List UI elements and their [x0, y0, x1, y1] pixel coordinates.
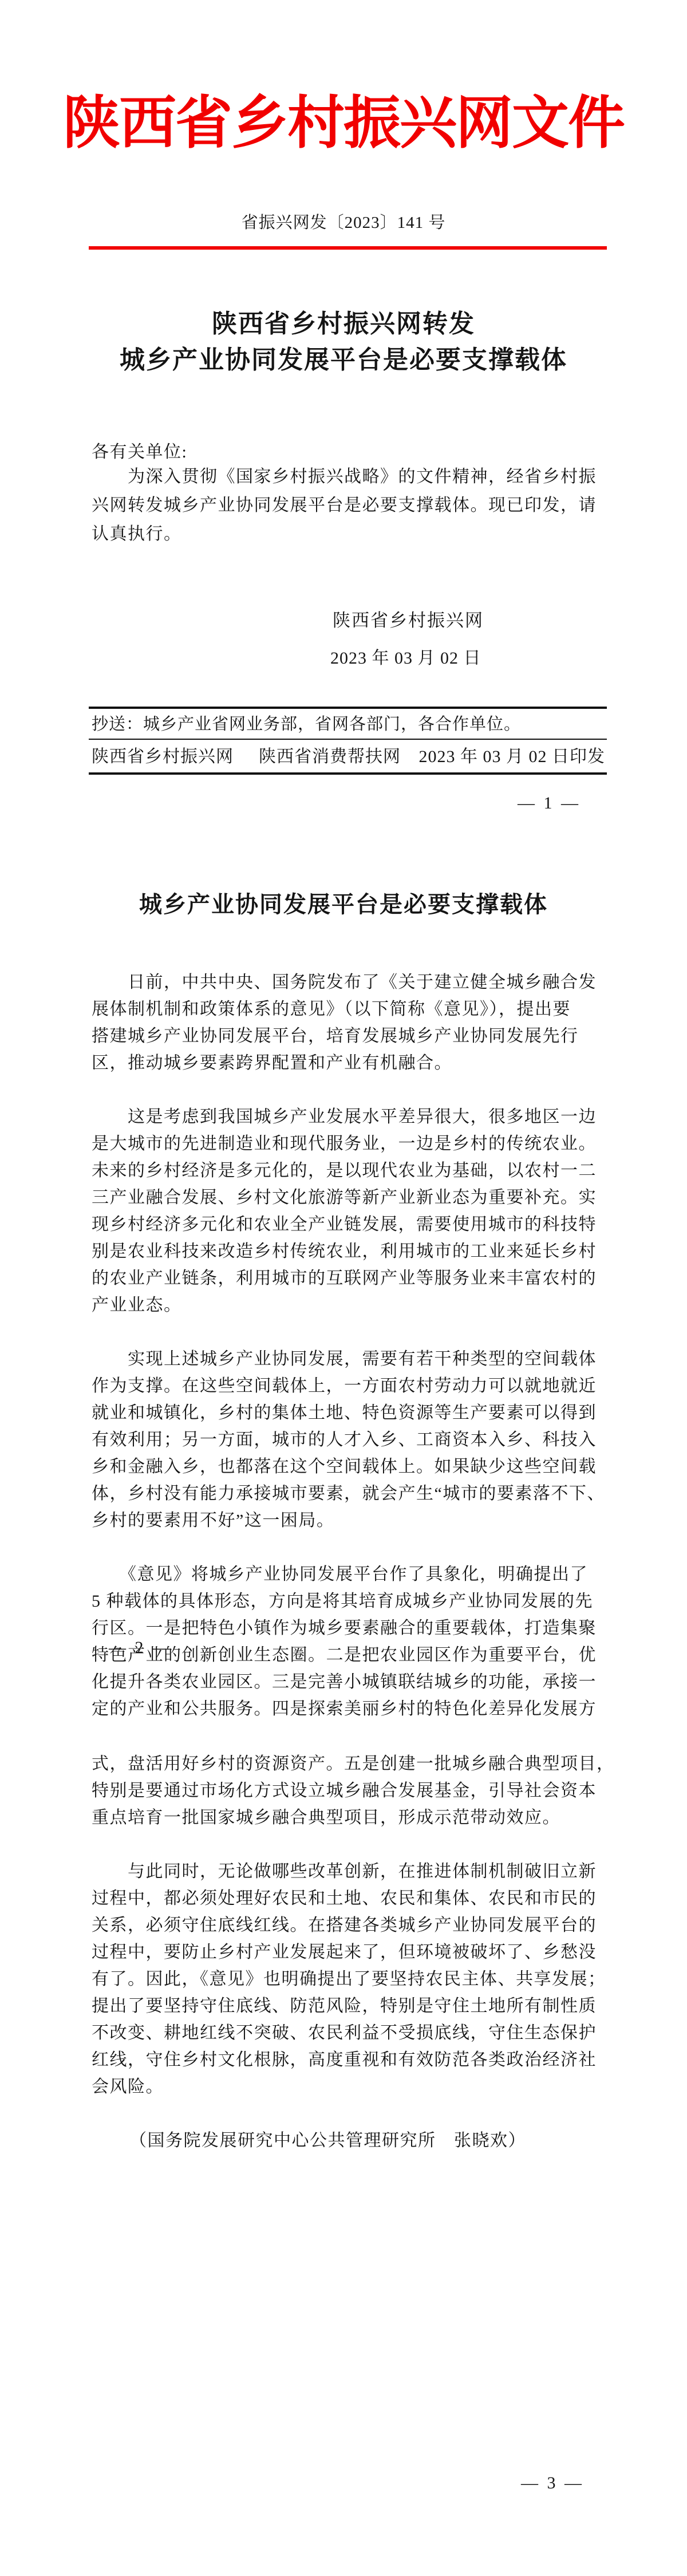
signature-org: 陕西省乡村振兴网	[333, 609, 484, 632]
page-number-3: — 3 —	[521, 2474, 584, 2493]
article-paragraph: 《意见》将城乡产业协同发展平台作了具象化，明确提出了 5 种载体的具体形态，方向…	[92, 1561, 635, 1722]
cover-body-paragraph: 为深入贯彻《国家乡村振兴战略》的文件精神，经省乡村振 兴网转发城乡产业协同发展平…	[92, 463, 635, 549]
page-number-2: — 2 —	[109, 1638, 172, 1658]
footer-rule-middle	[89, 739, 607, 740]
footer-rule-top	[89, 707, 607, 709]
issuer-right: 陕西省消费帮扶网	[259, 745, 401, 768]
footer-rule-bottom	[89, 772, 607, 775]
article-paragraph: 日前，中共中央、国务院发布了《关于建立健全城乡融合发 展体制机制和政策体系的意见…	[92, 969, 635, 1076]
document-number: 省振兴网发〔2023〕141 号	[0, 211, 687, 235]
cover-title: 陕西省乡村振兴网转发 城乡产业协同发展平台是必要支撑载体	[0, 306, 687, 378]
print-date: 2023 年 03 月 02 日印发	[419, 745, 606, 768]
page-number-1: — 1 —	[518, 794, 581, 813]
cover-title-line1: 陕西省乡村振兴网转发	[0, 306, 687, 342]
article-page3-body: 式，盘活用好乡村的资源资产。五是创建一批城乡融合典型项目， 特别是要通过市场化方…	[92, 1723, 635, 2181]
salutation: 各有关单位:	[92, 441, 187, 464]
red-divider-rule	[89, 246, 607, 250]
article-heading: 城乡产业协同发展平台是必要支撑载体	[0, 889, 687, 921]
article-attribution: （国务院发展研究中心公共管理研究所 张晓欢）	[92, 2127, 635, 2154]
article-paragraph: 式，盘活用好乡村的资源资产。五是创建一批城乡融合典型项目， 特别是要通过市场化方…	[92, 1750, 635, 1831]
signature-date: 2023 年 03 月 02 日	[330, 647, 481, 670]
official-document: 陕西省乡村振兴网文件 省振兴网发〔2023〕141 号 陕西省乡村振兴网转发 城…	[0, 0, 687, 2576]
cc-line: 抄送：城乡产业省网业务部，省网各部门，各合作单位。	[92, 713, 521, 735]
issuer-left: 陕西省乡村振兴网	[92, 745, 234, 768]
article-paragraph: 与此同时，无论做哪些改革创新，在推进体制机制破旧立新 过程中，都必须处理好农民和…	[92, 1858, 635, 2100]
article-paragraph: 实现上述城乡产业协同发展，需要有若干种类型的空间载体 作为支撑。在这些空间载体上…	[92, 1346, 635, 1534]
article-paragraph: 这是考虑到我国城乡产业发展水平差异很大，很多地区一边 是大城市的先进制造业和现代…	[92, 1103, 635, 1319]
issuer-row: 陕西省乡村振兴网 陕西省消费帮扶网 2023 年 03 月 02 日印发	[92, 745, 605, 768]
article-page2-body: 日前，中共中央、国务院发布了《关于建立健全城乡融合发 展体制机制和政策体系的意见…	[92, 942, 635, 1749]
cover-title-line2: 城乡产业协同发展平台是必要支撑载体	[0, 342, 687, 378]
masthead-org-title: 陕西省乡村振兴网文件	[0, 84, 687, 164]
